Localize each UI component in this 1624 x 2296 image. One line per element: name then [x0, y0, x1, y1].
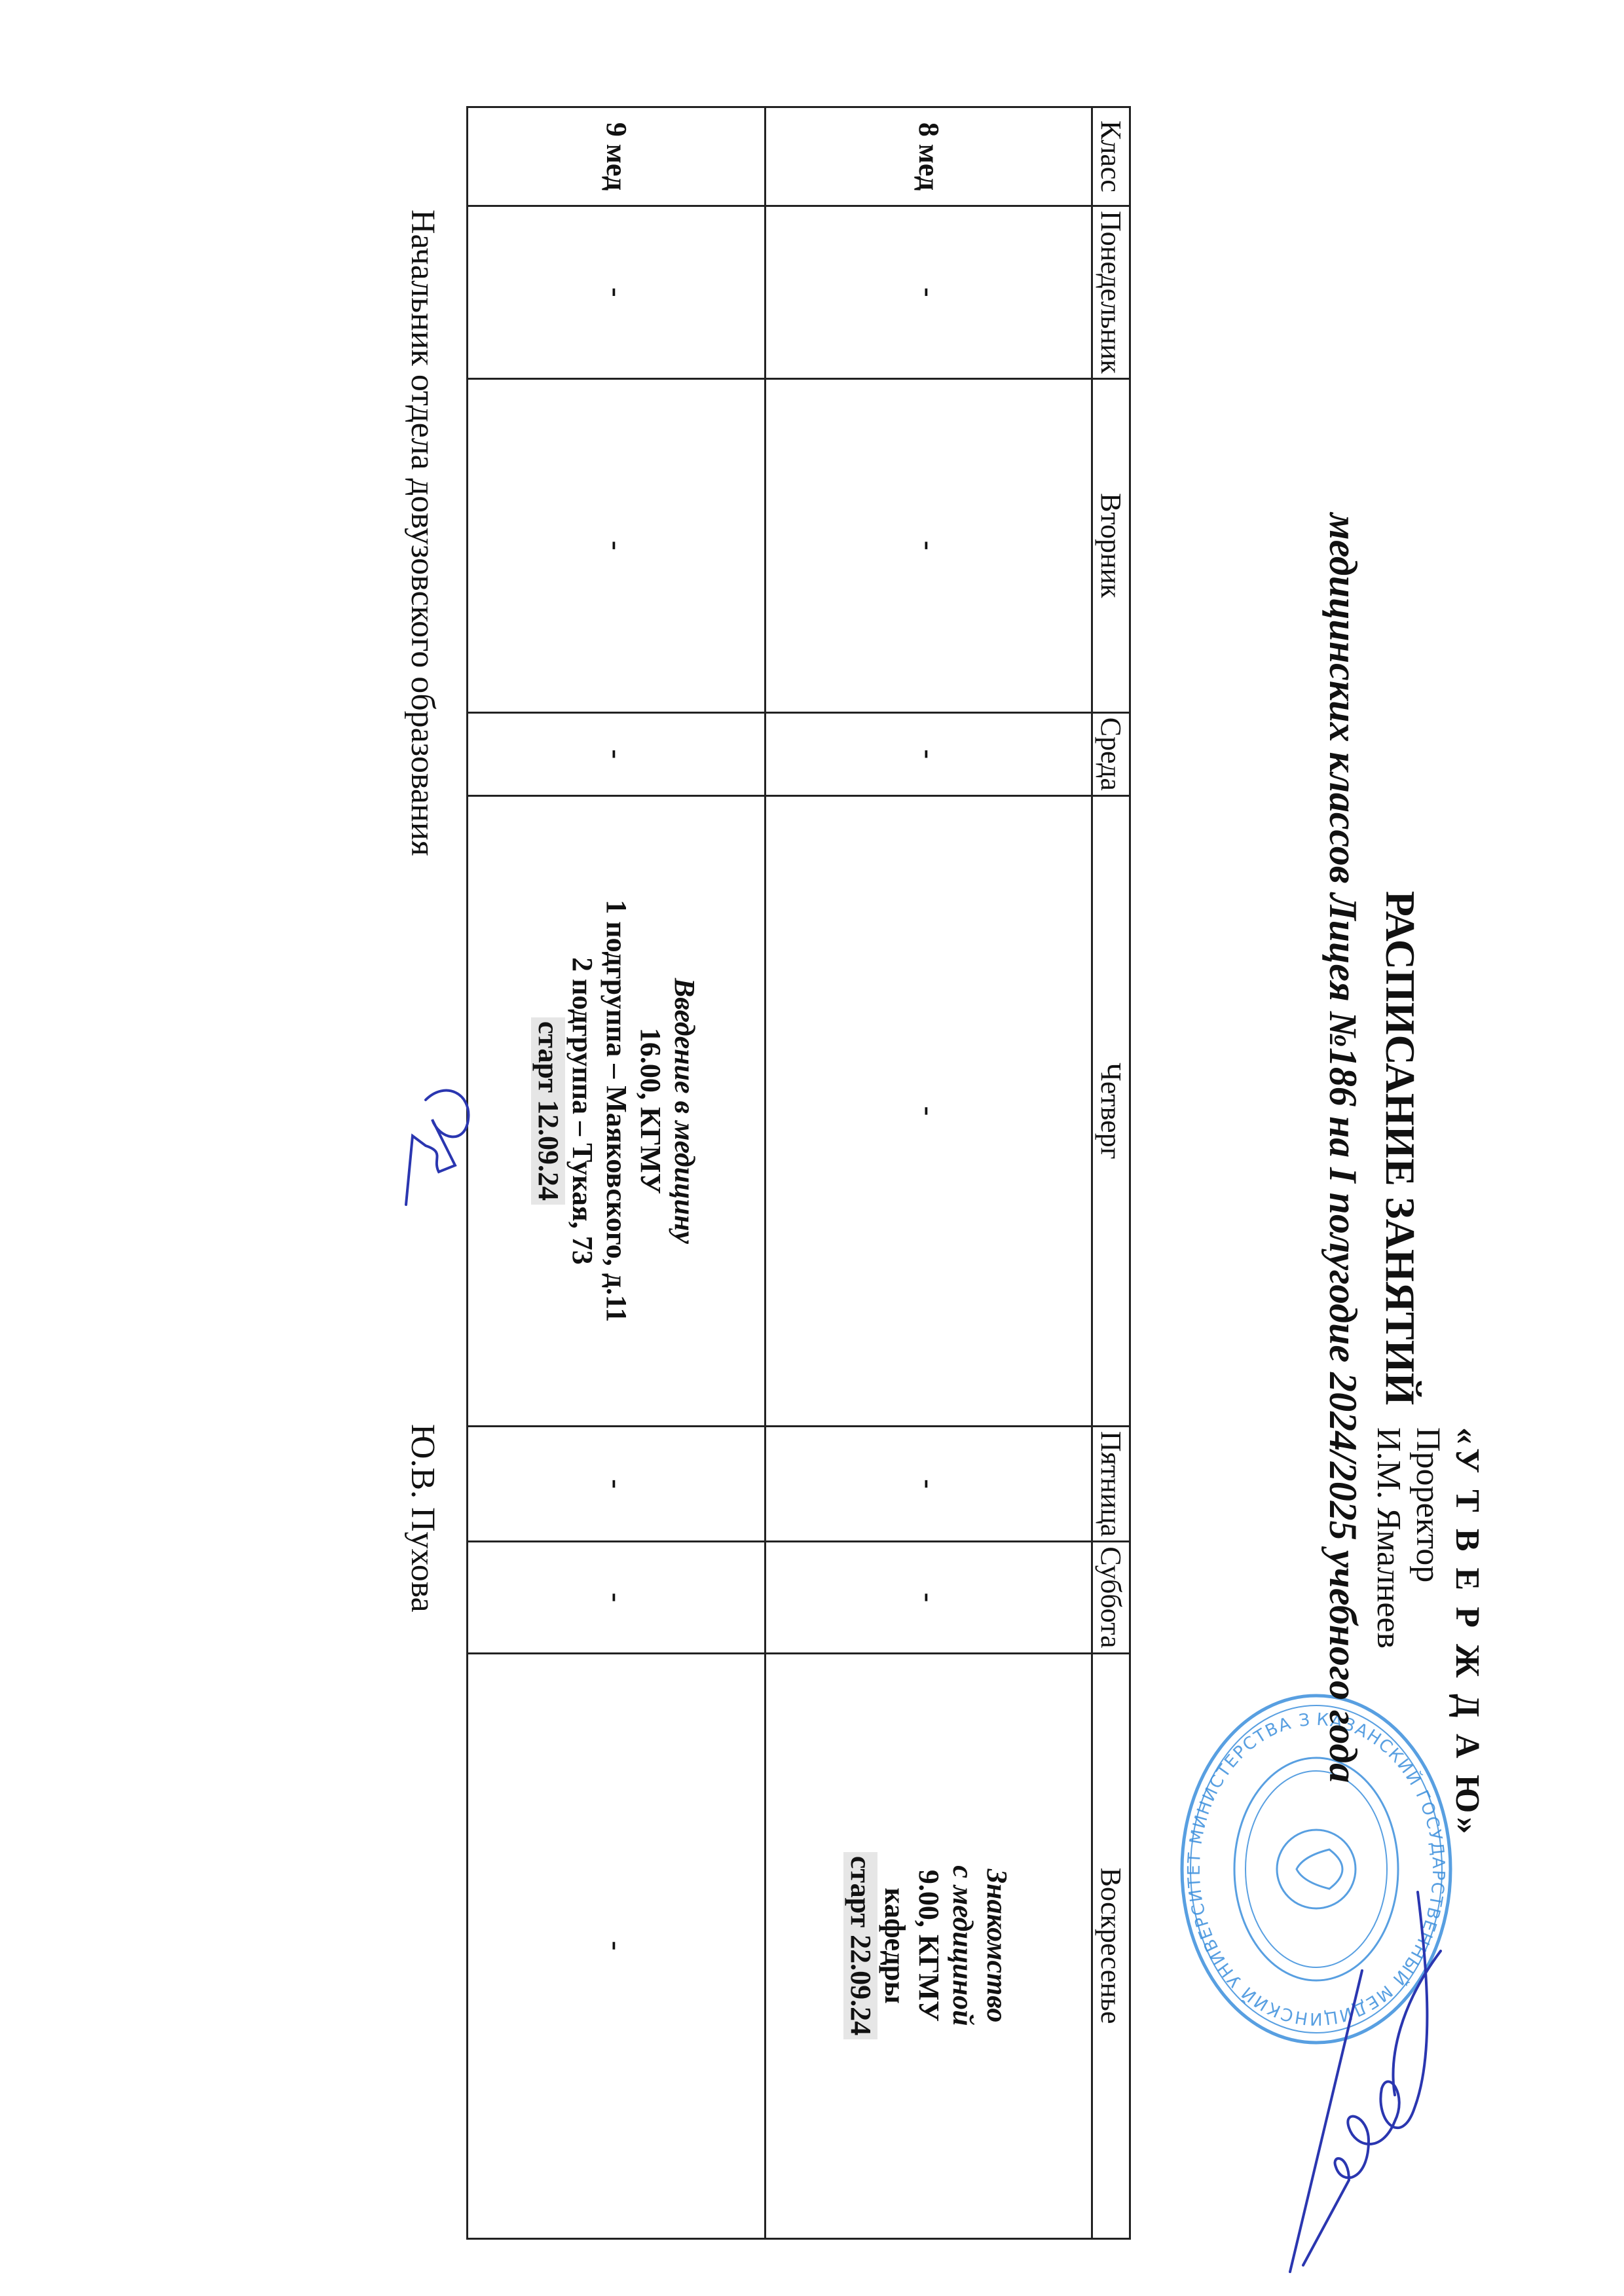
lesson-group-1: 1 подгруппа – Маяковского, д.11	[599, 801, 633, 1421]
monday-cell: -	[468, 206, 766, 379]
class-cell: 8 мед	[766, 107, 1092, 206]
lesson-group-2: 2 подгруппа – Тукая, 73	[565, 801, 599, 1421]
lesson-time: 16.00, КГМУ	[633, 801, 667, 1421]
thursday-cell: -	[766, 795, 1092, 1426]
lesson-start-date: старт 22.09.24	[843, 1852, 877, 2039]
lesson-name: Знакомство	[980, 1658, 1014, 2234]
header-saturday: Суббота	[1092, 1542, 1130, 1653]
monday-cell: -	[766, 206, 1092, 379]
table-row: 8 мед - - - - - - Знакомство с медициной…	[766, 107, 1092, 2239]
wednesday-cell: -	[468, 712, 766, 795]
tuesday-cell: -	[468, 378, 766, 712]
lesson-place: кафедры	[877, 1658, 912, 2234]
lesson-time: 9.00, КГМУ	[912, 1658, 946, 2234]
lesson-name-cont: с медициной	[946, 1658, 980, 2234]
table-header-row: Класс Понедельник Вторник Среда Четверг …	[1092, 107, 1130, 2239]
header-tuesday: Вторник	[1092, 378, 1130, 712]
header-monday: Понедельник	[1092, 206, 1130, 379]
header-thursday: Четверг	[1092, 795, 1130, 1426]
sunday-cell: -	[468, 1653, 766, 2238]
head-signature-icon	[393, 1074, 485, 1218]
header-sunday: Воскресенье	[1092, 1653, 1130, 2238]
saturday-cell: -	[766, 1542, 1092, 1653]
header-class: Класс	[1092, 107, 1130, 206]
wednesday-cell: -	[766, 712, 1092, 795]
document-title: РАСПИСАНИЕ ЗАНЯТИЙ	[1376, 0, 1424, 2296]
friday-cell: -	[468, 1426, 766, 1541]
header-friday: Пятница	[1092, 1426, 1130, 1541]
lesson-start-date: старт 12.09.24	[531, 1017, 565, 1205]
class-cell: 9 мед	[468, 107, 766, 206]
thursday-cell: Введение в медицину 16.00, КГМУ 1 подгру…	[468, 795, 766, 1426]
table-row: 9 мед - - - Введение в медицину 16.00, К…	[468, 107, 766, 2239]
saturday-cell: -	[468, 1542, 766, 1653]
friday-cell: -	[766, 1426, 1092, 1541]
sunday-cell: Знакомство с медициной 9.00, КГМУ кафедр…	[766, 1653, 1092, 2238]
footer-role: Начальник отдела довузовского образовани…	[403, 210, 442, 856]
footer-name: Ю.В. Пухова	[403, 1424, 442, 1613]
document-page: «У Т В Е Р Ж Д А Ю» Проректор И.М. Ямалн…	[0, 0, 1624, 2296]
tuesday-cell: -	[766, 378, 1092, 712]
schedule-table: Класс Понедельник Вторник Среда Четверг …	[466, 106, 1131, 2240]
lesson-name: Введение в медицину	[667, 801, 701, 1421]
header-wednesday: Среда	[1092, 712, 1130, 795]
document-subtitle: медицинских классов Лицея №186 на I полу…	[1320, 0, 1365, 2296]
